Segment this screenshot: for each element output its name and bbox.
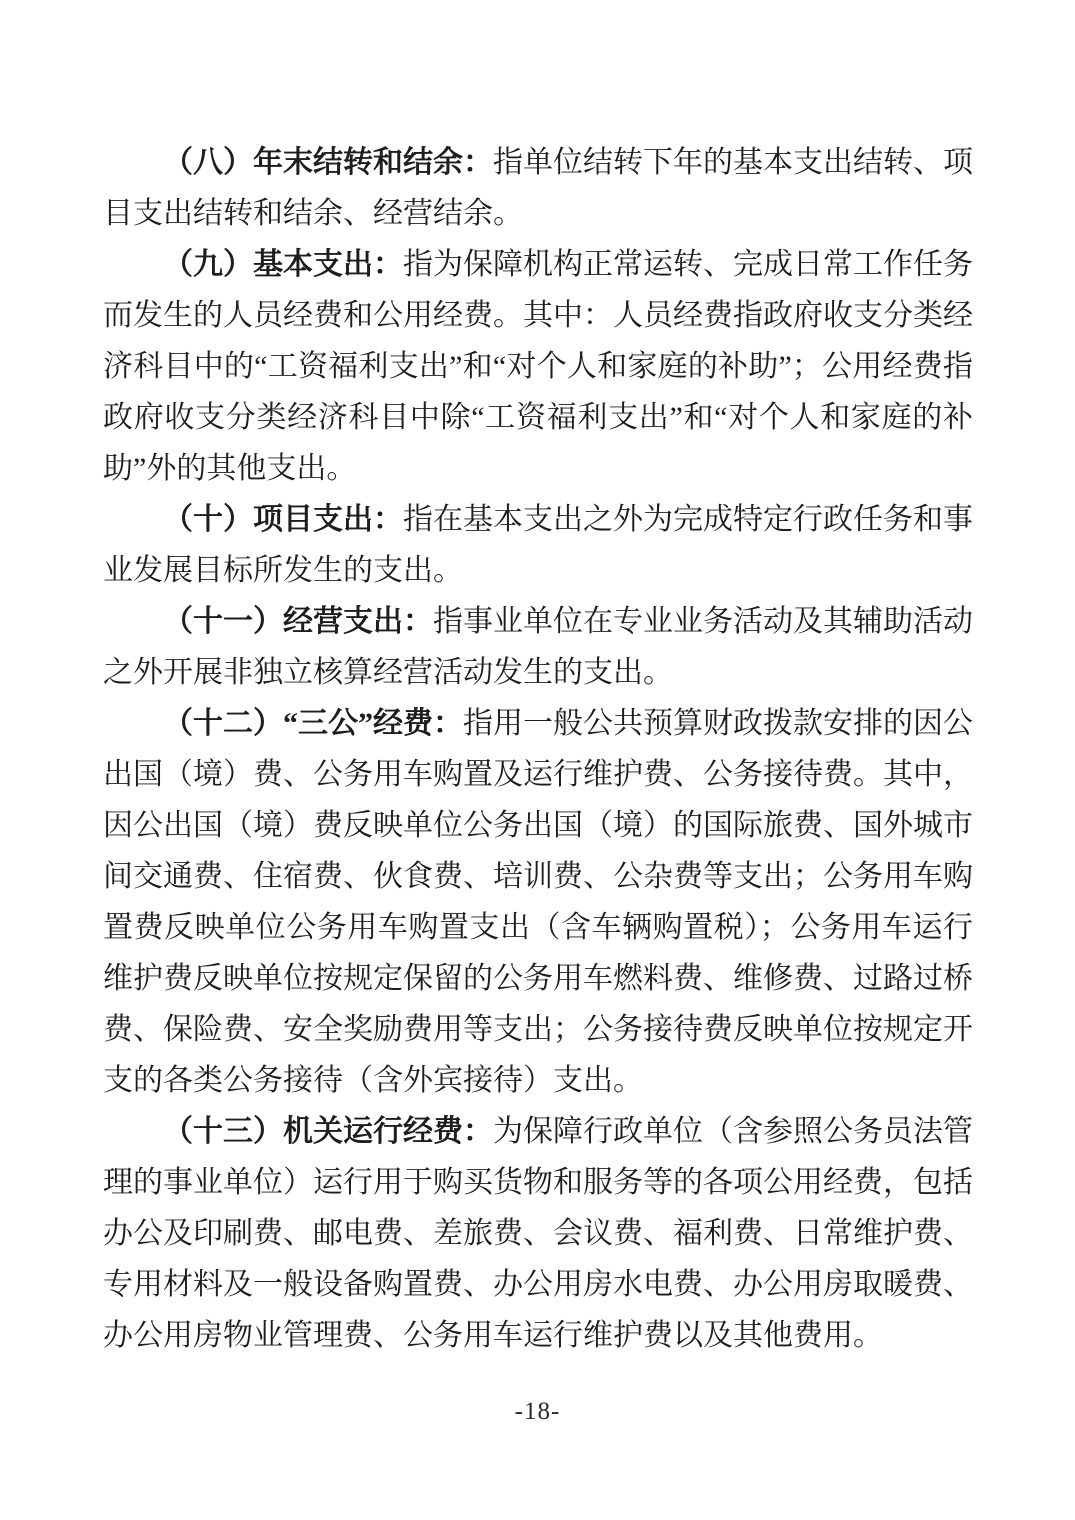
paragraph-12-body: 指用一般公共预算财政拨款安排的因公出国（境）费、公务用车购置及运行维护费、公务接… xyxy=(103,707,973,1097)
paragraph-8-head: （八）年末结转和结余： xyxy=(163,146,493,179)
page-number: -18- xyxy=(515,1398,561,1425)
paragraph-13-agency-operating-funds: （十三）机关运行经费：为保障行政单位（含参照公务员法管理的事业单位）运行用于购买… xyxy=(103,1106,973,1361)
paragraph-13-head: （十三）机关运行经费： xyxy=(163,1115,493,1148)
paragraph-12-three-public-funds: （十二）“三公”经费：指用一般公共预算财政拨款安排的因公出国（境）费、公务用车购… xyxy=(103,698,973,1106)
paragraph-9-body: 指为保障机构正常运转、完成日常工作任务而发生的人员经费和公用经费。其中：人员经费… xyxy=(103,248,973,485)
paragraph-10-head: （十）项目支出： xyxy=(163,503,403,536)
document-body: （八）年末结转和结余：指单位结转下年的基本支出结转、项目支出结转和结余、经营结余… xyxy=(103,137,973,1361)
paragraph-9-head: （九）基本支出： xyxy=(163,248,403,281)
paragraph-8-carryover-surplus: （八）年末结转和结余：指单位结转下年的基本支出结转、项目支出结转和结余、经营结余… xyxy=(103,137,973,239)
paragraph-10-project-expenditure: （十）项目支出：指在基本支出之外为完成特定行政任务和事业发展目标所发生的支出。 xyxy=(103,494,973,596)
paragraph-11-operating-expenditure: （十一）经营支出：指事业单位在专业业务活动及其辅助活动之外开展非独立核算经营活动… xyxy=(103,596,973,698)
paragraph-11-head: （十一）经营支出： xyxy=(163,605,433,638)
paragraph-9-basic-expenditure: （九）基本支出：指为保障机构正常运转、完成日常工作任务而发生的人员经费和公用经费… xyxy=(103,239,973,494)
paragraph-12-head: （十二）“三公”经费： xyxy=(163,707,463,740)
page-footer: -18- xyxy=(0,1398,1075,1426)
paragraph-13-body: 为保障行政单位（含参照公务员法管理的事业单位）运行用于购买货物和服务等的各项公用… xyxy=(103,1115,973,1352)
document-page: （八）年末结转和结余：指单位结转下年的基本支出结转、项目支出结转和结余、经营结余… xyxy=(0,0,1075,1520)
